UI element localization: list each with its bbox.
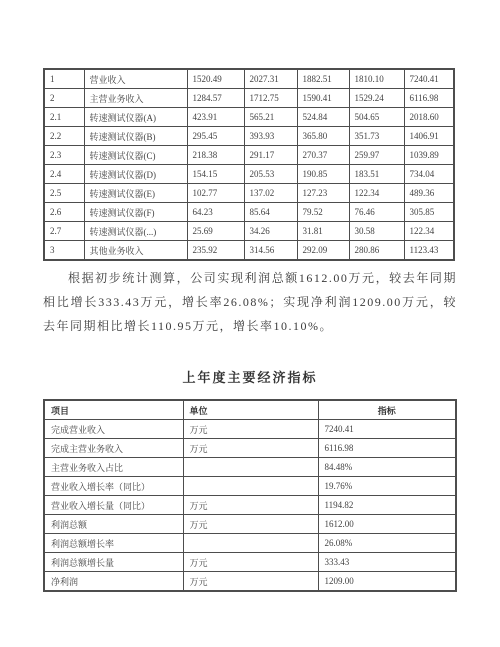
value-cell: 565.21 xyxy=(244,108,297,127)
item-cell: 利润总额 xyxy=(44,515,183,534)
unit-cell xyxy=(183,458,318,477)
value-cell: 1882.51 xyxy=(297,69,349,89)
value-cell: 489.36 xyxy=(404,184,454,203)
row-label-cell: 转速测试仪器(E) xyxy=(84,184,187,203)
row-label-cell: 转速测试仪器(B) xyxy=(84,127,187,146)
value-cell: 280.86 xyxy=(349,241,404,261)
row-number-cell: 2.7 xyxy=(44,222,84,241)
value-cell: 291.17 xyxy=(244,146,297,165)
table-row: 利润总额增长率 26.08% xyxy=(44,534,456,553)
value-cell: 122.34 xyxy=(349,184,404,203)
value-cell: 1712.75 xyxy=(244,89,297,108)
value-cell: 333.43 xyxy=(318,553,456,572)
value-cell: 2018.60 xyxy=(404,108,454,127)
table-row: 净利润 万元 1209.00 xyxy=(44,572,456,592)
unit-cell: 万元 xyxy=(183,553,318,572)
row-label-cell: 转速测试仪器(A) xyxy=(84,108,187,127)
value-cell: 25.69 xyxy=(187,222,244,241)
table-row: 完成营业收入 万元 7240.41 xyxy=(44,420,456,439)
value-cell: 314.56 xyxy=(244,241,297,261)
value-cell: 19.76% xyxy=(318,477,456,496)
table-row: 2.2 转速测试仪器(B) 295.45 393.93 365.80 351.7… xyxy=(44,127,454,146)
value-cell: 734.04 xyxy=(404,165,454,184)
value-cell: 190.85 xyxy=(297,165,349,184)
indicators-title: 上年度主要经济指标 xyxy=(0,367,500,386)
row-number-cell: 2.1 xyxy=(44,108,84,127)
item-cell: 营业收入增长率（同比） xyxy=(44,477,183,496)
value-cell: 6116.98 xyxy=(404,89,454,108)
item-cell: 主营业务收入占比 xyxy=(44,458,183,477)
item-cell: 利润总额增长量 xyxy=(44,553,183,572)
value-cell: 76.46 xyxy=(349,203,404,222)
table-row: 利润总额 万元 1612.00 xyxy=(44,515,456,534)
value-cell: 31.81 xyxy=(297,222,349,241)
value-cell: 84.48% xyxy=(318,458,456,477)
value-cell: 85.64 xyxy=(244,203,297,222)
value-cell: 122.34 xyxy=(404,222,454,241)
value-cell: 127.23 xyxy=(297,184,349,203)
table-row: 2.6 转速测试仪器(F) 64.23 85.64 79.52 76.46 30… xyxy=(44,203,454,222)
item-cell: 营业收入增长量（同比） xyxy=(44,496,183,515)
unit-cell: 万元 xyxy=(183,496,318,515)
revenue-breakdown-table: 1 营业收入 1520.49 2027.31 1882.51 1810.10 7… xyxy=(43,68,455,261)
value-cell: 1810.10 xyxy=(349,69,404,89)
row-number-cell: 2.4 xyxy=(44,165,84,184)
unit-cell: 万元 xyxy=(183,572,318,592)
item-cell: 净利润 xyxy=(44,572,183,592)
value-cell: 351.73 xyxy=(349,127,404,146)
profit-summary-paragraph: 根据初步统计测算，公司实现利润总额1612.00万元，较去年同期相比增长333.… xyxy=(43,266,457,338)
value-cell: 1209.00 xyxy=(318,572,456,592)
header-unit: 单位 xyxy=(183,400,318,420)
row-label-cell: 转速测试仪器(F) xyxy=(84,203,187,222)
item-cell: 完成营业收入 xyxy=(44,420,183,439)
value-cell: 295.45 xyxy=(187,127,244,146)
value-cell: 1039.89 xyxy=(404,146,454,165)
table-row: 利润总额增长量 万元 333.43 xyxy=(44,553,456,572)
table-row: 2.5 转速测试仪器(E) 102.77 137.02 127.23 122.3… xyxy=(44,184,454,203)
header-value: 指标 xyxy=(318,400,456,420)
header-item: 项目 xyxy=(44,400,183,420)
value-cell: 34.26 xyxy=(244,222,297,241)
value-cell: 1520.49 xyxy=(187,69,244,89)
row-number-cell: 1 xyxy=(44,69,84,89)
value-cell: 1194.82 xyxy=(318,496,456,515)
value-cell: 2027.31 xyxy=(244,69,297,89)
row-number-cell: 3 xyxy=(44,241,84,261)
value-cell: 30.58 xyxy=(349,222,404,241)
value-cell: 1123.43 xyxy=(404,241,454,261)
value-cell: 1529.24 xyxy=(349,89,404,108)
value-cell: 137.02 xyxy=(244,184,297,203)
document-page: 1 营业收入 1520.49 2027.31 1882.51 1810.10 7… xyxy=(0,0,500,647)
unit-cell: 万元 xyxy=(183,515,318,534)
table-row: 1 营业收入 1520.49 2027.31 1882.51 1810.10 7… xyxy=(44,69,454,89)
table-header-row: 项目 单位 指标 xyxy=(44,400,456,420)
row-label-cell: 其他业务收入 xyxy=(84,241,187,261)
value-cell: 235.92 xyxy=(187,241,244,261)
item-cell: 完成主营业务收入 xyxy=(44,439,183,458)
value-cell: 1406.91 xyxy=(404,127,454,146)
value-cell: 64.23 xyxy=(187,203,244,222)
value-cell: 26.08% xyxy=(318,534,456,553)
unit-cell: 万元 xyxy=(183,439,318,458)
table-row: 2.3 转速测试仪器(C) 218.38 291.17 270.37 259.9… xyxy=(44,146,454,165)
value-cell: 183.51 xyxy=(349,165,404,184)
value-cell: 393.93 xyxy=(244,127,297,146)
table-row: 2.1 转速测试仪器(A) 423.91 565.21 524.84 504.6… xyxy=(44,108,454,127)
row-number-cell: 2.3 xyxy=(44,146,84,165)
value-cell: 7240.41 xyxy=(318,420,456,439)
table-row: 主营业务收入占比 84.48% xyxy=(44,458,456,477)
row-label-cell: 营业收入 xyxy=(84,69,187,89)
unit-cell xyxy=(183,477,318,496)
row-number-cell: 2 xyxy=(44,89,84,108)
value-cell: 218.38 xyxy=(187,146,244,165)
value-cell: 1590.41 xyxy=(297,89,349,108)
value-cell: 205.53 xyxy=(244,165,297,184)
table-row: 2 主营业务收入 1284.57 1712.75 1590.41 1529.24… xyxy=(44,89,454,108)
value-cell: 270.37 xyxy=(297,146,349,165)
value-cell: 1284.57 xyxy=(187,89,244,108)
unit-cell: 万元 xyxy=(183,420,318,439)
row-label-cell: 转速测试仪器(C) xyxy=(84,146,187,165)
value-cell: 365.80 xyxy=(297,127,349,146)
value-cell: 524.84 xyxy=(297,108,349,127)
value-cell: 1612.00 xyxy=(318,515,456,534)
value-cell: 79.52 xyxy=(297,203,349,222)
value-cell: 423.91 xyxy=(187,108,244,127)
row-number-cell: 2.2 xyxy=(44,127,84,146)
value-cell: 154.15 xyxy=(187,165,244,184)
table-row: 2.4 转速测试仪器(D) 154.15 205.53 190.85 183.5… xyxy=(44,165,454,184)
unit-cell xyxy=(183,534,318,553)
table-row: 3 其他业务收入 235.92 314.56 292.09 280.86 112… xyxy=(44,241,454,261)
value-cell: 504.65 xyxy=(349,108,404,127)
value-cell: 102.77 xyxy=(187,184,244,203)
value-cell: 7240.41 xyxy=(404,69,454,89)
table-row: 营业收入增长率（同比） 19.76% xyxy=(44,477,456,496)
row-label-cell: 转速测试仪器(...) xyxy=(84,222,187,241)
row-number-cell: 2.6 xyxy=(44,203,84,222)
table-row: 完成主营业务收入 万元 6116.98 xyxy=(44,439,456,458)
item-cell: 利润总额增长率 xyxy=(44,534,183,553)
value-cell: 6116.98 xyxy=(318,439,456,458)
value-cell: 305.85 xyxy=(404,203,454,222)
value-cell: 259.97 xyxy=(349,146,404,165)
row-label-cell: 转速测试仪器(D) xyxy=(84,165,187,184)
value-cell: 292.09 xyxy=(297,241,349,261)
row-number-cell: 2.5 xyxy=(44,184,84,203)
table-row: 2.7 转速测试仪器(...) 25.69 34.26 31.81 30.58 … xyxy=(44,222,454,241)
table-row: 营业收入增长量（同比） 万元 1194.82 xyxy=(44,496,456,515)
row-label-cell: 主营业务收入 xyxy=(84,89,187,108)
indicators-table: 项目 单位 指标 完成营业收入 万元 7240.41 完成主营业务收入 万元 6… xyxy=(43,399,457,592)
